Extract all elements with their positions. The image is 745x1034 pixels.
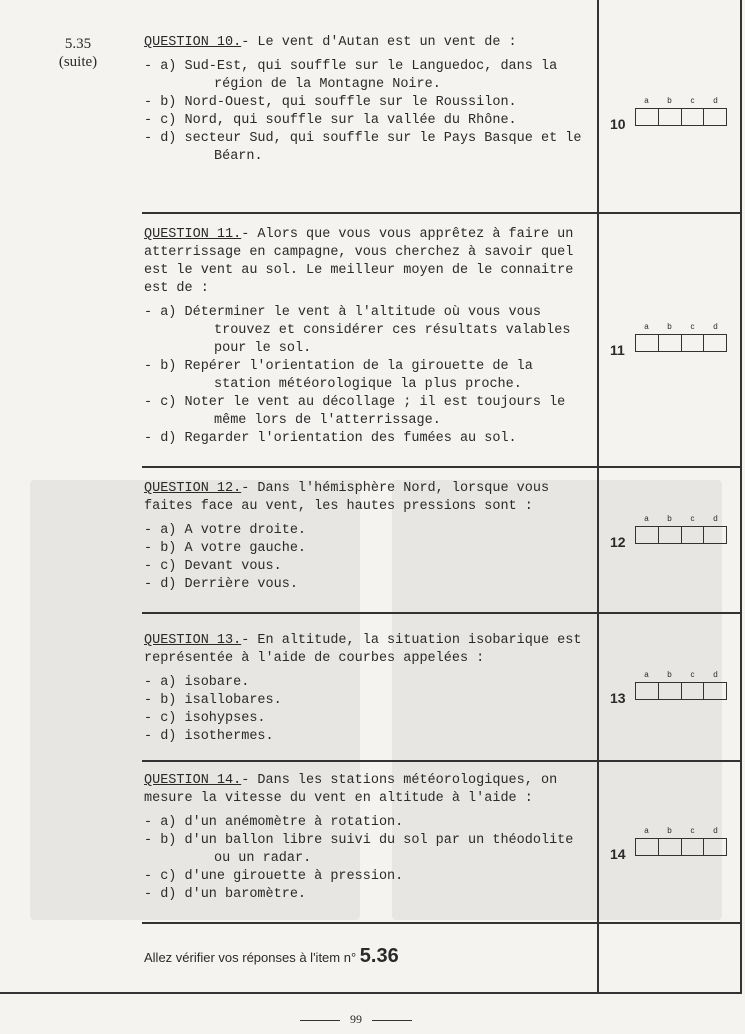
answer-box-c[interactable] (682, 683, 705, 699)
option-c: - c) Devant vous. (144, 558, 594, 576)
answer-box-b[interactable] (659, 527, 682, 543)
answer-number: 13 (610, 690, 626, 706)
question-title: QUESTION 12. (144, 481, 241, 496)
answer-box-c[interactable] (682, 335, 705, 351)
option-b: - b) Nord-Ouest, qui souffle sur le Rous… (144, 94, 594, 112)
option-d: - d) isothermes. (144, 728, 594, 746)
item-number: 5.35 (48, 35, 108, 53)
answer-box-d[interactable] (704, 335, 726, 351)
answer-box-b[interactable] (659, 839, 682, 855)
separator (142, 612, 740, 614)
option-c: - c) isohypses. (144, 710, 594, 728)
footer-ref: 5.36 (360, 945, 399, 967)
answer-box-a[interactable] (636, 335, 659, 351)
answer-number: 11 (610, 342, 625, 358)
answer-grid-14: 14 abcd (610, 826, 735, 866)
answer-box-d[interactable] (704, 527, 726, 543)
option-d: - d) Regarder l'orientation des fumées a… (144, 430, 594, 448)
option-d: - d) secteur Sud, qui souffle sur le Pay… (144, 130, 594, 166)
option-a: - a) isobare. (144, 674, 594, 692)
answer-number: 12 (610, 534, 626, 550)
option-c: - c) Nord, qui souffle sur la vallée du … (144, 112, 594, 130)
page-number-rule-right (372, 1020, 412, 1021)
answer-box-a[interactable] (636, 527, 659, 543)
question-title: QUESTION 10. (144, 35, 241, 50)
question-prompt: - Le vent d'Autan est un vent de : (241, 35, 516, 50)
option-b: - b) isallobares. (144, 692, 594, 710)
answer-box-d[interactable] (704, 109, 726, 125)
option-c: - c) d'une girouette à pression. (144, 868, 594, 886)
answer-box-c[interactable] (682, 839, 705, 855)
question-title: QUESTION 13. (144, 633, 241, 648)
page-border-bottom (0, 992, 742, 994)
answer-box-d[interactable] (704, 683, 726, 699)
answer-number: 14 (610, 846, 626, 862)
question-12: QUESTION 12.- Dans l'hémisphère Nord, lo… (144, 480, 594, 594)
column-divider (597, 0, 599, 994)
page-number-rule-left (300, 1020, 340, 1021)
page-border-right (740, 0, 742, 994)
answer-box-d[interactable] (704, 839, 726, 855)
option-a: - a) Sud-Est, qui souffle sur le Langued… (144, 58, 594, 94)
answer-grid-11: 11 abcd (610, 322, 735, 362)
footer-instruction: Allez vérifier vos réponses à l'item n° … (144, 945, 399, 968)
question-title: QUESTION 11. (144, 227, 241, 242)
question-11: QUESTION 11.- Alors que vous vous apprêt… (144, 226, 594, 448)
option-a: - a) d'un anémomètre à rotation. (144, 814, 594, 832)
answer-box-a[interactable] (636, 683, 659, 699)
option-b: - b) d'un ballon libre suivi du sol par … (144, 832, 594, 868)
separator (142, 212, 740, 214)
item-continued: (suite) (48, 53, 108, 71)
question-13: QUESTION 13.- En altitude, la situation … (144, 632, 594, 746)
answer-grid-12: 12 abcd (610, 514, 735, 554)
footer-text: Allez vérifier vos réponses à l'item n° (144, 950, 356, 965)
option-c: - c) Noter le vent au décollage ; il est… (144, 394, 594, 430)
answer-box-b[interactable] (659, 335, 682, 351)
option-d: - d) d'un baromètre. (144, 886, 594, 904)
question-title: QUESTION 14. (144, 773, 241, 788)
option-a: - a) A votre droite. (144, 522, 594, 540)
option-d: - d) Derrière vous. (144, 576, 594, 594)
answer-box-b[interactable] (659, 109, 682, 125)
answer-grid-10: 10 abcd (610, 96, 735, 136)
answer-number: 10 (610, 116, 626, 132)
answer-box-a[interactable] (636, 109, 659, 125)
separator (142, 760, 740, 762)
question-14: QUESTION 14.- Dans les stations météorol… (144, 772, 594, 904)
option-a: - a) Déterminer le vent à l'altitude où … (144, 304, 594, 358)
option-b: - b) A votre gauche. (144, 540, 594, 558)
answer-box-c[interactable] (682, 109, 705, 125)
option-b: - b) Repérer l'orientation de la girouet… (144, 358, 594, 394)
separator (142, 922, 740, 924)
question-10: QUESTION 10.- Le vent d'Autan est un ven… (144, 34, 594, 166)
page-number: 99 (350, 1012, 362, 1027)
answer-box-a[interactable] (636, 839, 659, 855)
answer-box-b[interactable] (659, 683, 682, 699)
answer-grid-13: 13 abcd (610, 670, 735, 710)
separator (142, 466, 740, 468)
answer-box-c[interactable] (682, 527, 705, 543)
item-label: 5.35 (suite) (48, 35, 108, 71)
